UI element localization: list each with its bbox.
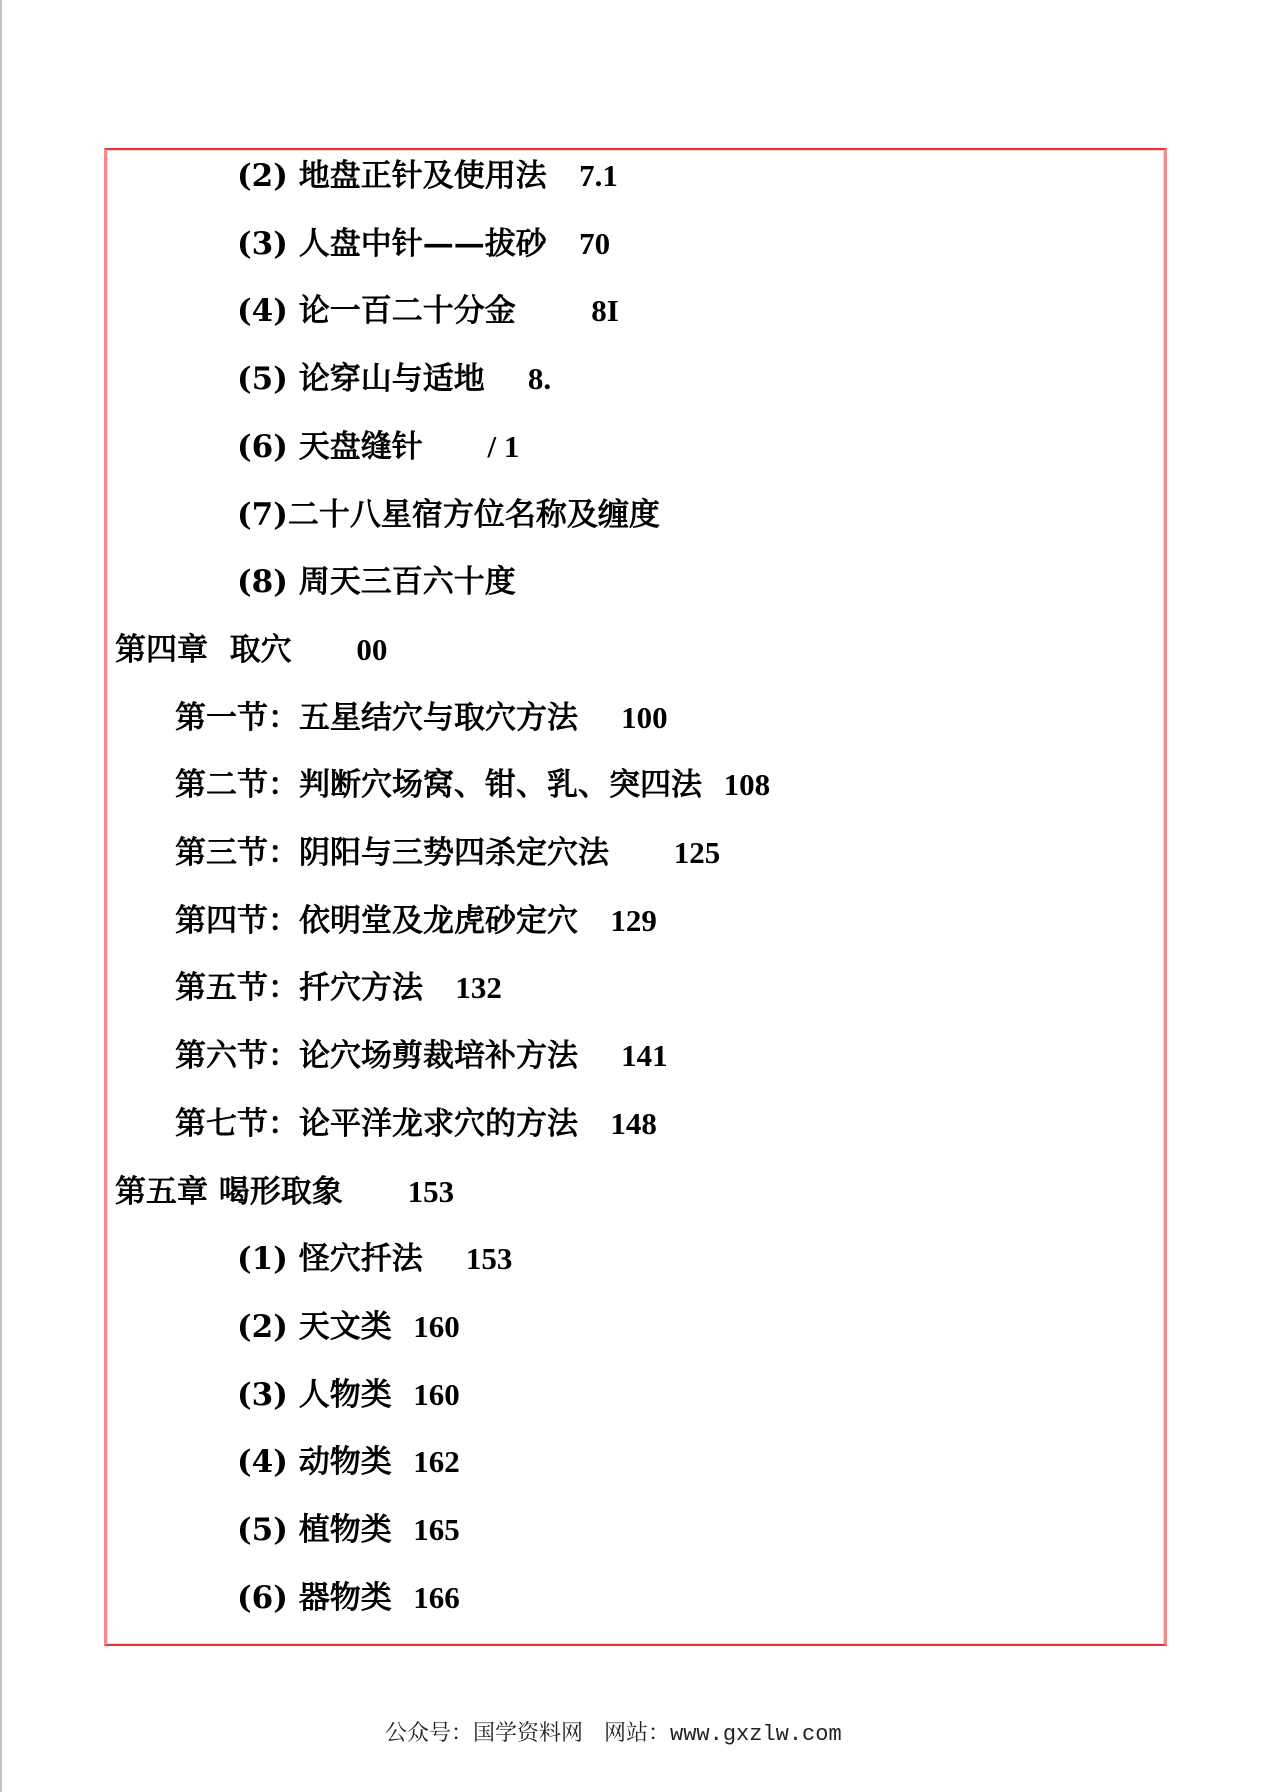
- toc-entry-gap: [292, 632, 357, 668]
- toc-entry-gap: [392, 1377, 414, 1413]
- toc-entry-title: (5) 论穿山与适地: [237, 361, 485, 397]
- toc-entry-page-number: 129: [610, 903, 657, 938]
- toc-entry-gap: [343, 1174, 408, 1210]
- toc-entry-title: (4) 论一百二十分金: [237, 293, 516, 329]
- toc-entry-item: (5) 论穿山与适地 8.: [237, 359, 551, 399]
- toc-entry-title: 第四章 取穴: [115, 632, 292, 668]
- toc-entry-gap: [423, 970, 455, 1006]
- toc-entry-title: (7)二十八星宿方位名称及缠度: [237, 497, 660, 533]
- toc-entry-title: 第六节：论穴场剪裁培补方法: [175, 1038, 578, 1074]
- toc-entry-page-number: 00: [356, 632, 387, 667]
- toc-entry-page-number: 148: [610, 1106, 657, 1141]
- toc-entry-page-number: 125: [674, 835, 721, 870]
- toc-entry-page-number: 165: [413, 1512, 460, 1547]
- toc-entry-title: (2) 地盘正针及使用法: [237, 158, 547, 194]
- toc-entry-gap: [516, 293, 592, 329]
- toc-entry-item: (4) 动物类 162: [237, 1442, 460, 1482]
- toc-entry-section: 第二节：判断穴场窝、钳、乳、突四法 108: [175, 765, 770, 805]
- toc-entry-page-number: 132: [455, 970, 502, 1005]
- toc-entry-gap: [392, 1580, 414, 1616]
- footer-website-url: www.gxzlw.com: [670, 1722, 842, 1747]
- toc-entry-gap: [485, 361, 528, 397]
- footer-website-label: 网站：: [604, 1721, 670, 1746]
- toc-entry-gap: [392, 1309, 414, 1345]
- toc-entry-title: (3) 人物类: [237, 1377, 392, 1413]
- footer-spacer: [583, 1721, 604, 1746]
- toc-entry-gap: [578, 700, 621, 736]
- toc-entry-title: (4) 动物类: [237, 1444, 392, 1480]
- toc-entry-page-number: 108: [724, 767, 771, 802]
- toc-entry-chapter: 第四章 取穴 00: [115, 630, 387, 670]
- toc-entry-page-number: 8.: [528, 361, 551, 396]
- toc-entry-gap: [423, 429, 488, 465]
- toc-entry-title: (8) 周天三百六十度: [237, 564, 516, 600]
- toc-entry-title: 第七节：论平洋龙求穴的方法: [175, 1106, 578, 1142]
- toc-entry-title: (5) 植物类: [237, 1512, 392, 1548]
- toc-entry-item: (6) 天盘缝针 / 1: [237, 427, 519, 467]
- toc-entry-item: (6) 器物类 166: [237, 1578, 460, 1618]
- toc-entry-page-number: 166: [413, 1580, 460, 1615]
- toc-entry-section: 第四节：依明堂及龙虎砂定穴 129: [175, 901, 657, 941]
- toc-entry-title: 第五章 喝形取象: [115, 1174, 343, 1210]
- toc-entry-gap: [392, 1444, 414, 1480]
- toc-entry-item: (3) 人盘中针——拔砂 70: [237, 224, 610, 264]
- toc-entry-page-number: 100: [621, 700, 668, 735]
- toc-entry-item: (5) 植物类 165: [237, 1510, 460, 1550]
- toc-entry-page-number: 141: [621, 1038, 668, 1073]
- toc-entry-title: (1) 怪穴扦法: [237, 1241, 423, 1277]
- toc-entry-gap: [547, 158, 579, 194]
- page-footer: 公众号：国学资料网 网站：www.gxzlw.com: [385, 1719, 842, 1750]
- toc-entry-page-number: 162: [413, 1444, 460, 1479]
- toc-entry-gap: [702, 767, 724, 803]
- toc-entry-title: 第二节：判断穴场窝、钳、乳、突四法: [175, 767, 702, 803]
- toc-entry-title: 第四节：依明堂及龙虎砂定穴: [175, 903, 578, 939]
- toc-entry-gap: [609, 835, 674, 871]
- toc-entry-gap: [578, 1038, 621, 1074]
- toc-entry-item: (7)二十八星宿方位名称及缠度: [237, 495, 660, 535]
- toc-entry-section: 第三节：阴阳与三势四杀定穴法 125: [175, 833, 720, 873]
- toc-entry-title: 第三节：阴阳与三势四杀定穴法: [175, 835, 609, 871]
- toc-entry-page-number: 160: [413, 1309, 460, 1344]
- toc-entry-item: (8) 周天三百六十度: [237, 562, 516, 602]
- toc-entry-title: (2) 天文类: [237, 1309, 392, 1345]
- toc-entry-item: (2) 地盘正针及使用法 7.1: [237, 156, 618, 196]
- toc-entry-section: 第五节：扦穴方法 132: [175, 968, 502, 1008]
- toc-entry-gap: [547, 226, 579, 262]
- toc-entry-gap: [578, 903, 610, 939]
- toc-entry-item: (3) 人物类 160: [237, 1375, 460, 1415]
- footer-account-label: 公众号：: [385, 1721, 473, 1746]
- toc-entry-title: (3) 人盘中针——拔砂: [237, 226, 547, 262]
- toc-entry-page-number: 160: [413, 1377, 460, 1412]
- toc-entry-item: (4) 论一百二十分金 8I: [237, 291, 619, 331]
- toc-entry-gap: [578, 1106, 610, 1142]
- toc-entry-page-number: 70: [579, 226, 610, 261]
- toc-entry-title: 第一节：五星结穴与取穴方法: [175, 700, 578, 736]
- page-edge-line: [0, 0, 2, 1792]
- toc-entry-item: (1) 怪穴扦法 153: [237, 1239, 512, 1279]
- toc-entry-gap: [392, 1512, 414, 1548]
- toc-entry-page-number: 153: [408, 1174, 455, 1209]
- toc-entry-section: 第六节：论穴场剪裁培补方法 141: [175, 1036, 668, 1076]
- toc-entry-item: (2) 天文类 160: [237, 1307, 460, 1347]
- toc-entry-gap: [423, 1241, 466, 1277]
- toc-entry-page-number: 7.1: [579, 158, 618, 193]
- toc-entry-page-number: 153: [466, 1241, 513, 1276]
- toc-entry-title: (6) 器物类: [237, 1580, 392, 1616]
- footer-account-name: 国学资料网: [473, 1721, 583, 1746]
- toc-entry-page-number: / 1: [487, 429, 519, 464]
- toc-entry-chapter: 第五章 喝形取象 153: [115, 1172, 454, 1212]
- toc-entry-section: 第七节：论平洋龙求穴的方法 148: [175, 1104, 657, 1144]
- toc-entry-title: (6) 天盘缝针: [237, 429, 423, 465]
- toc-entry-page-number: 8I: [591, 293, 619, 328]
- toc-entry-title: 第五节：扦穴方法: [175, 970, 423, 1006]
- toc-entry-section: 第一节：五星结穴与取穴方法 100: [175, 698, 668, 738]
